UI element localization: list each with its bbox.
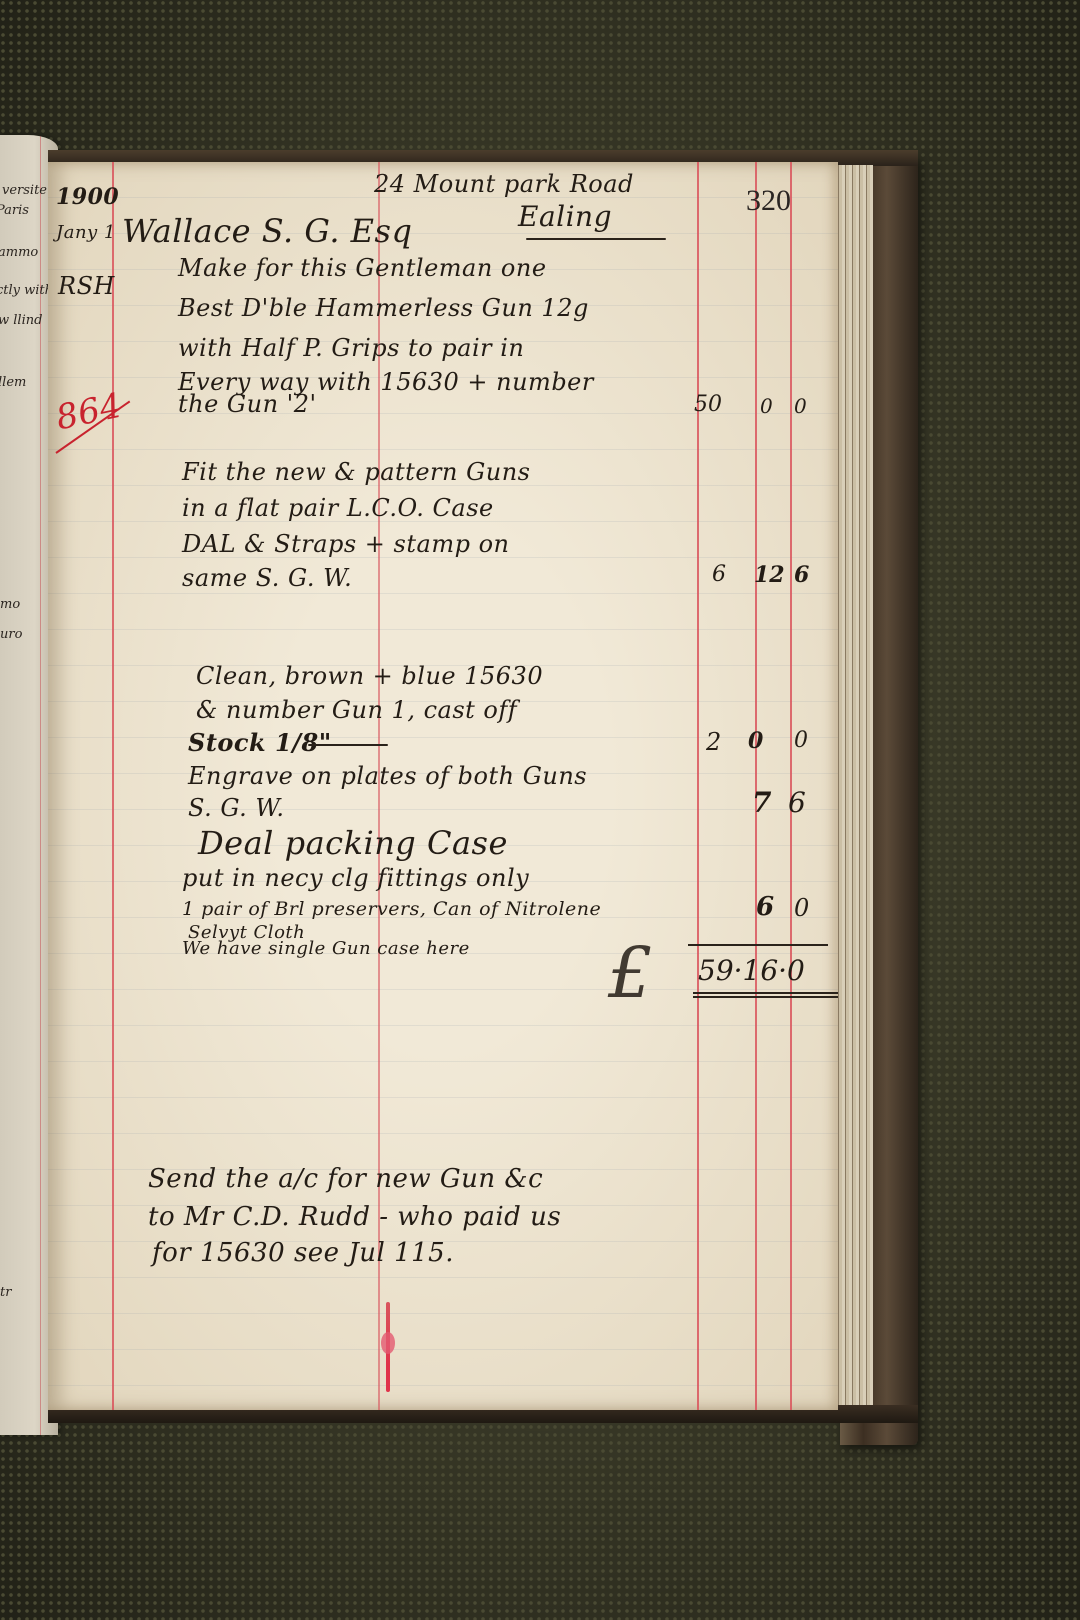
total-rule-top [688,944,828,946]
entry-line: We have single Gun case here [182,938,470,959]
entry-line: Clean, brown + blue 15630 [196,662,543,690]
previous-page-text: ammo [0,245,38,260]
entry-line: the Gun '2' [178,390,317,418]
previous-page-text: mo [0,597,20,612]
total-rule-bottom [693,992,838,994]
previous-page-red-rule [40,135,41,1435]
note-line: for 15630 see Jul 115. [152,1238,454,1268]
pound-sign: £ [608,932,653,1014]
entry-line: Deal packing Case [198,824,508,862]
entry-date: Jany 1 [56,222,116,243]
ledger-page: 320 24 Mount park Road Ealing 1900 Jany … [48,162,838,1410]
red-ink-blot [381,1332,395,1354]
amount-pence: 0 [794,894,809,922]
entry-line: in a flat pair L.C.O. Case [182,494,494,522]
previous-page-text: w llind [0,313,42,328]
amount-pounds: 50 [694,392,722,417]
entry-line: & number Gun 1, cast off [196,696,517,724]
amount-shillings: 0 [760,394,773,418]
amount-shillings: 7 [752,786,771,819]
clerk-initials: RSH [58,272,115,300]
entry-line: Stock 1/8" [188,728,332,757]
note-line: Send the a/c for new Gun &c [148,1164,543,1194]
total-rule-double [693,996,838,998]
page-number: 320 [746,184,791,218]
amount-shillings: 6 [756,892,774,922]
previous-page-text: Paris [0,203,29,218]
address-line-1: 24 Mount park Road [374,170,634,198]
entry-line: Engrave on plates of both Guns [188,762,587,790]
amount-pounds: 2 [706,728,721,756]
customer-name: Wallace S. G. Esq [122,212,412,250]
previous-page-text: versite [2,183,47,198]
entry-line: with Half P. Grips to pair in [178,334,524,362]
previous-page-text: uro [0,627,22,642]
entry-line: same S. G. W. [182,564,352,592]
entry-line: DAL & Straps + stamp on [182,530,509,558]
entry-line: Make for this Gentleman one [178,254,547,282]
note-line: to Mr C.D. Rudd - who paid us [148,1202,561,1232]
amount-shillings: 12 [754,562,785,588]
margin-rule [112,162,114,1410]
amount-pence: 0 [794,728,808,753]
entry-line: Best D'ble Hammerless Gun 12g [178,294,589,322]
entry-line: put in necy clg fittings only [182,864,529,892]
amount-pence: 6 [794,562,809,588]
total-amount: 59·16·0 [698,954,805,987]
previous-page-text: ctly with [0,283,53,298]
entry-line: 1 pair of Brl preservers, Can of Nitrole… [182,898,601,920]
amount-pounds: 6 [712,562,726,587]
year: 1900 [56,184,119,210]
page-stack-edge [835,165,873,1405]
pounds-column-rule [697,162,699,1410]
entry-line: S. G. W. [188,794,285,822]
entry-line: Fit the new & pattern Guns [182,458,530,486]
amount-shillings: 0 [748,728,763,754]
amount-pence: 6 [788,786,806,819]
address-underline [526,238,666,240]
previous-page-text: llem [0,375,26,390]
previous-page-text: tr [0,1285,11,1300]
amount-pence: 0 [794,394,807,418]
entry-flourish [308,744,388,746]
address-line-2: Ealing [518,200,612,233]
